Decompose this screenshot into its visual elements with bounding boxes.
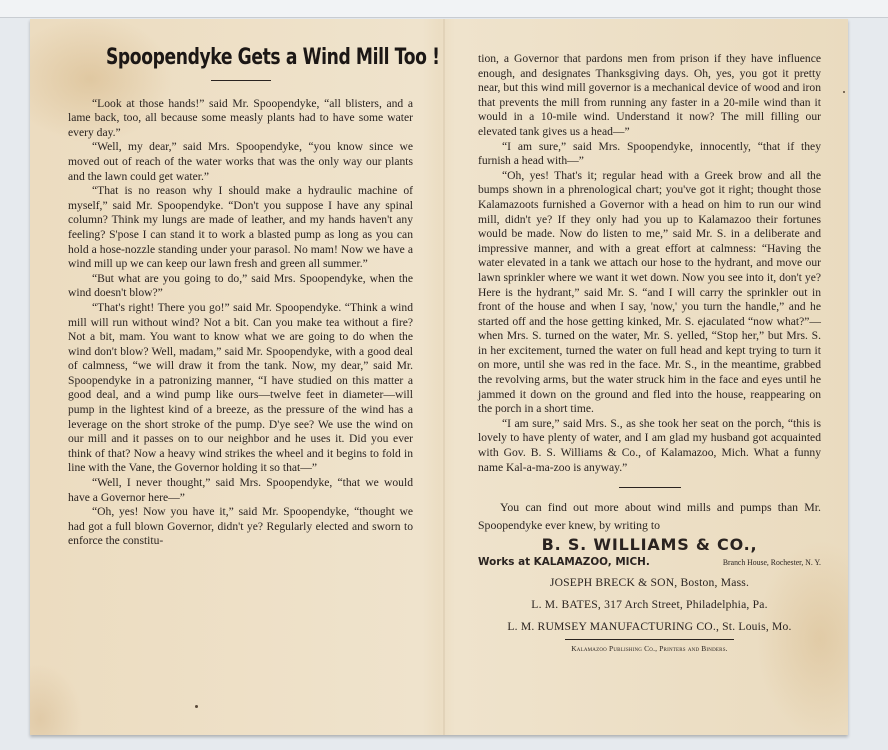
title-divider [211,80,271,81]
agent-line: L. M. RUMSEY MANUFACTURING CO., St. Loui… [478,618,821,635]
printer-imprint: Kalamazoo Publishing Co., Printers and B… [565,639,734,657]
paragraph: “I am sure,” said Mrs. S., as she took h… [478,417,821,475]
page-fold [443,19,445,735]
company-name: B. S. WILLIAMS & CO., [478,538,821,553]
right-column: tion, a Governor that pardons men from p… [478,19,821,657]
paragraph: “But what are you going to do,” said Mrs… [68,272,413,301]
paragraph-continued: tion, a Governor that pardons men from p… [478,52,821,140]
paragraph: “Look at those hands!” said Mr. Spoopend… [68,97,413,141]
works-row: Works at KALAMAZOO, MICH. Branch House, … [478,555,821,570]
paragraph: “Oh, yes! Now you have it,” said Mr. Spo… [68,505,413,549]
document-title: Spoopendyke Gets a Wind Mill Too ! [106,51,375,66]
paragraph: “Oh, yes! That's it; regular head with a… [478,169,821,417]
paragraph: “That is no reason why I should make a h… [68,184,413,272]
imprint-wrap: Kalamazoo Publishing Co., Printers and B… [478,639,821,657]
paragraph: “That's right! There you go!” said Mr. S… [68,301,413,476]
agent-line: JOSEPH BRECK & SON, Boston, Mass. [478,574,821,591]
paper-speck [195,705,198,708]
works-location: Works at KALAMAZOO, MICH. [478,555,650,570]
paper-speck [843,91,845,93]
ad-intro: You can find out more about wind mills a… [478,498,821,534]
pamphlet-page: Spoopendyke Gets a Wind Mill Too ! “Look… [30,19,848,735]
paragraph: “I am sure,” said Mrs. Spoopendyke, inno… [478,140,821,169]
paragraph: “Well, my dear,” said Mrs. Spoopendyke, … [68,140,413,184]
viewer-top-bar [0,0,888,18]
advertisement: You can find out more about wind mills a… [478,498,821,657]
agent-line: L. M. BATES, 317 Arch Street, Philadelph… [478,596,821,613]
paragraph: “Well, I never thought,” said Mrs. Spoop… [68,476,413,505]
ad-divider [619,487,681,488]
branch-house: Branch House, Rochester, N. Y. [723,555,821,570]
left-column: Spoopendyke Gets a Wind Mill Too ! “Look… [68,19,413,549]
